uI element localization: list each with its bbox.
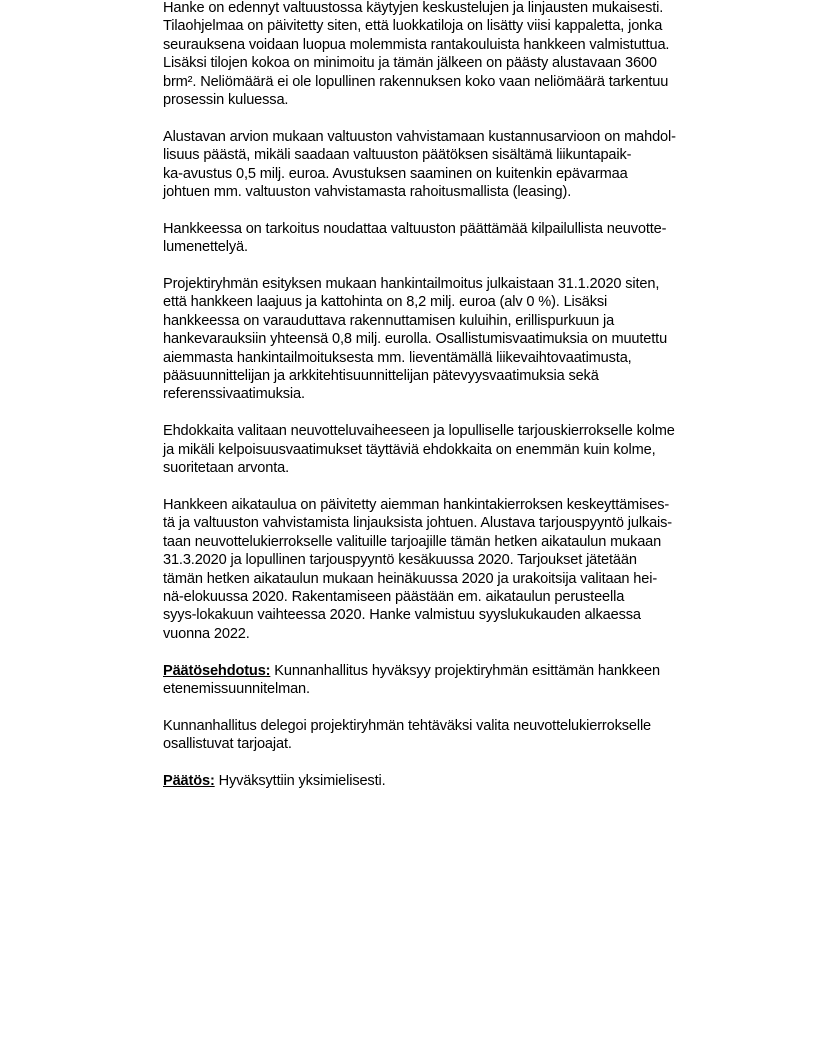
decision: Päätös: Hyväksyttiin yksimielisesti. [163, 772, 763, 790]
paragraph-project-progress: Hanke on edennyt valtuustossa käytyjen k… [163, 0, 763, 109]
text-line: prosessin kuluessa. [163, 91, 763, 109]
text-line: seurauksena voidaan luopua molemmista ra… [163, 36, 763, 54]
text-line: syys-lokakuun vaihteessa 2020. Hanke val… [163, 606, 763, 624]
paragraph-procurement-notice: Projektiryhmän esityksen mukaan hankinta… [163, 275, 763, 404]
text-line: hankkeessa on varauduttava rakennuttamis… [163, 312, 763, 330]
paragraph-schedule: Hankkeen aikataulua on päivitetty aiemma… [163, 496, 763, 643]
proposal-label: Päätösehdotus: [163, 663, 270, 679]
text-line: hankevarauksiin yhteensä 0,8 milj. eurol… [163, 330, 763, 348]
text-line: johtuen mm. valtuuston vahvistamasta rah… [163, 183, 763, 201]
text-line: Lisäksi tilojen kokoa on minimoitu ja tä… [163, 54, 763, 72]
text-line: etenemissuunnitelman. [163, 680, 763, 698]
text-line: taan neuvottelukierrokselle valituille t… [163, 533, 763, 551]
paragraph-cost-estimate: Alustavan arvion mukaan valtuuston vahvi… [163, 128, 763, 202]
text-line: tä ja valtuuston vahvistamista linjauksi… [163, 514, 763, 532]
text-line: Ehdokkaita valitaan neuvotteluvaiheeseen… [163, 422, 763, 440]
text-line: brm². Neliömäärä ei ole lopullinen raken… [163, 73, 763, 91]
paragraph-procedure: Hankkeessa on tarkoitus noudattaa valtuu… [163, 220, 763, 257]
text-line: Hankkeessa on tarkoitus noudattaa valtuu… [163, 220, 763, 238]
text-line: Päätös: Hyväksyttiin yksimielisesti. [163, 772, 763, 790]
text-line: Alustavan arvion mukaan valtuuston vahvi… [163, 128, 763, 146]
text-line: Tilaohjelmaa on päivitetty siten, että l… [163, 17, 763, 35]
text-line: aiemmasta hankintailmoituksesta mm. liev… [163, 349, 763, 367]
text-line: lisuus päästä, mikäli saadaan valtuuston… [163, 146, 763, 164]
text-line: Kunnanhallitus delegoi projektiryhmän te… [163, 717, 763, 735]
text-line: nä-elokuussa 2020. Rakentamiseen päästää… [163, 588, 763, 606]
text-line: Hanke on edennyt valtuustossa käytyjen k… [163, 0, 763, 17]
text-line: pääsuunnittelijan ja arkkitehtisuunnitte… [163, 367, 763, 385]
text-line: Projektiryhmän esityksen mukaan hankinta… [163, 275, 763, 293]
text-line: ja mikäli kelpoisuusvaatimukset täyttävi… [163, 441, 763, 459]
document-body: Hanke on edennyt valtuustossa käytyjen k… [163, 0, 763, 809]
text-line: Päätösehdotus: Kunnanhallitus hyväksyy p… [163, 662, 763, 680]
decision-label: Päätös: [163, 773, 215, 789]
text-line: referenssivaatimuksia. [163, 385, 763, 403]
text-line: Hankkeen aikataulua on päivitetty aiemma… [163, 496, 763, 514]
decision-text: Hyväksyttiin yksimielisesti. [215, 773, 386, 789]
text-line: lumenettelyä. [163, 238, 763, 256]
text-line: vuonna 2022. [163, 625, 763, 643]
paragraph-candidates: Ehdokkaita valitaan neuvotteluvaiheeseen… [163, 422, 763, 477]
proposal-text: Kunnanhallitus hyväksyy projektiryhmän e… [270, 663, 660, 679]
text-line: 31.3.2020 ja lopullinen tarjouspyyntö ke… [163, 551, 763, 569]
text-line: tämän hetken aikataulun mukaan heinäkuus… [163, 570, 763, 588]
text-line: että hankkeen laajuus ja kattohinta on 8… [163, 293, 763, 311]
text-line: osallistuvat tarjoajat. [163, 735, 763, 753]
text-line: suoritetaan arvonta. [163, 459, 763, 477]
decision-proposal: Päätösehdotus: Kunnanhallitus hyväksyy p… [163, 662, 763, 699]
text-line: ka-avustus 0,5 milj. euroa. Avustuksen s… [163, 165, 763, 183]
paragraph-delegation: Kunnanhallitus delegoi projektiryhmän te… [163, 717, 763, 754]
